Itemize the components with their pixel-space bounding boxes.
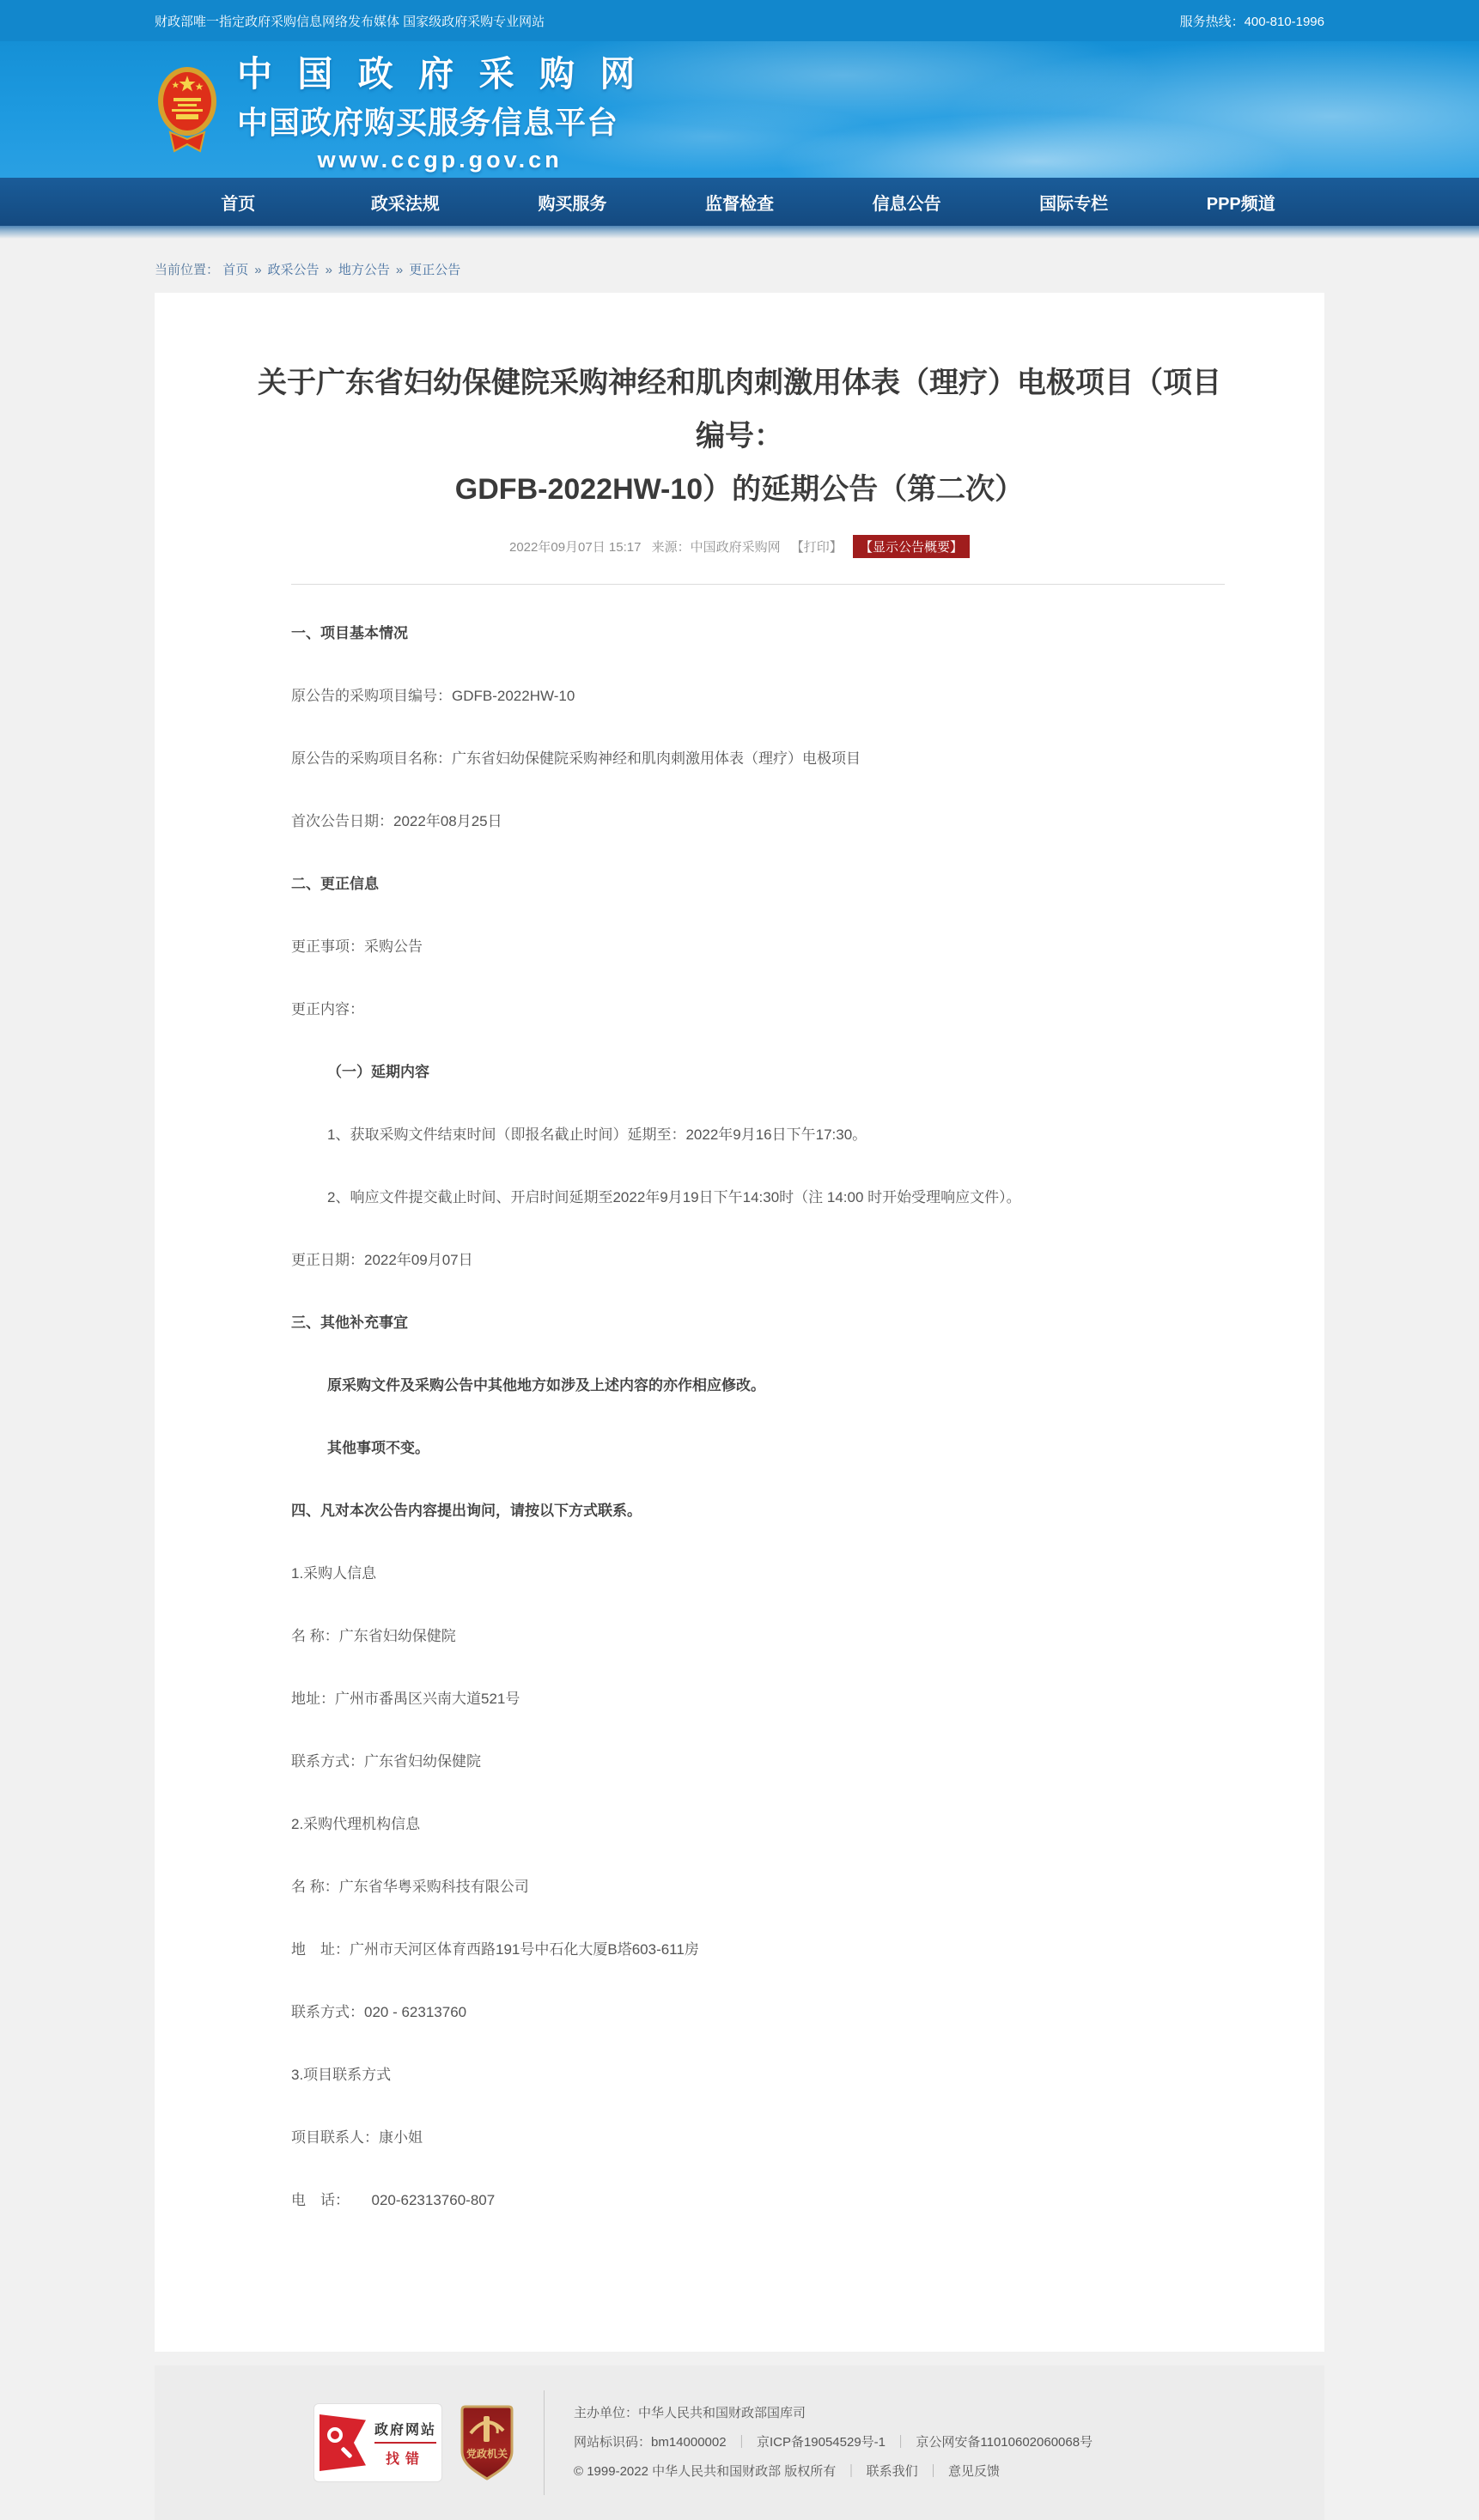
- site-title: 中 国 政 府 采 购 网: [237, 46, 642, 96]
- footer-separator: ｜: [735, 2435, 748, 2450]
- nav-shadow: [0, 226, 1479, 239]
- paragraph: 电 话： 020-62313760-807: [291, 2186, 1225, 2214]
- nav-item-announcements[interactable]: 信息公告: [823, 178, 990, 226]
- print-button[interactable]: 【打印】: [791, 540, 843, 555]
- paragraph: 原公告的采购项目名称：广东省妇幼保健院采购神经和肌肉刺激用体表（理疗）电极项目: [291, 744, 1225, 773]
- section-heading: 原采购文件及采购公告中其他地方如涉及上述内容的亦作相应修改。: [291, 1371, 1225, 1400]
- breadcrumb: 当前位置： 首页»政采公告»地方公告»更正公告: [155, 260, 1324, 278]
- section-heading: （一）延期内容: [291, 1058, 1225, 1086]
- paragraph: 联系方式：020 - 62313760: [291, 1998, 1225, 2026]
- footer-separator: ｜: [894, 2435, 907, 2450]
- footer-separator: ｜: [844, 2464, 857, 2479]
- nav-item-home[interactable]: 首页: [155, 178, 322, 226]
- paragraph: 更正内容：: [291, 995, 1225, 1023]
- paragraph: 名 称：广东省妇幼保健院: [291, 1622, 1225, 1650]
- show-summary-button[interactable]: 【显示公告概要】: [853, 535, 970, 558]
- breadcrumb-separator: »: [396, 263, 403, 277]
- nav-item-regulations[interactable]: 政采法规: [322, 178, 490, 226]
- breadcrumb-separator: »: [326, 263, 332, 277]
- section-heading: 二、更正信息: [291, 870, 1225, 898]
- breadcrumb-link-0[interactable]: 首页: [222, 263, 248, 277]
- footer-vertical-divider: [544, 2390, 545, 2495]
- section-heading: 四、凡对本次公告内容提出询问，请按以下方式联系。: [291, 1497, 1225, 1525]
- paragraph: 原公告的采购项目编号：GDFB-2022HW-10: [291, 682, 1225, 710]
- page-title: 关于广东省妇幼保健院采购神经和肌肉刺激用体表（理疗）电极项目（项目编号： GDF…: [155, 356, 1324, 516]
- police-number: 京公网安备11010602060068号: [916, 2435, 1093, 2450]
- national-emblem-icon: [155, 65, 220, 155]
- icp-number: 京ICP备19054529号-1: [757, 2435, 886, 2450]
- party-government-badge-icon[interactable]: 党政机关: [460, 2404, 514, 2481]
- paragraph: 3.项目联系方式: [291, 2061, 1225, 2089]
- breadcrumb-link-1[interactable]: 政采公告: [268, 263, 320, 277]
- paragraph: 更正事项：采购公告: [291, 932, 1225, 961]
- paragraph: 1.采购人信息: [291, 1559, 1225, 1588]
- nav-item-international[interactable]: 国际专栏: [990, 178, 1158, 226]
- footer-host-line: 主办单位：中华人民共和国财政部国库司: [574, 2399, 1093, 2428]
- section-heading: 三、其他补充事宜: [291, 1309, 1225, 1337]
- main-nav: 首页政采法规购买服务监督检查信息公告国际专栏PPP频道: [0, 178, 1479, 226]
- svg-text:党政机关: 党政机关: [466, 2447, 508, 2460]
- article-meta: 2022年09月07日 15:17 来源：中国政府采购网 【打印】 【显示公告概…: [155, 535, 1324, 558]
- footer-text: 主办单位：中华人民共和国财政部国库司 网站标识码：bm14000002 ｜ 京I…: [574, 2399, 1093, 2487]
- nav-item-supervision[interactable]: 监督检查: [656, 178, 824, 226]
- section-heading: 一、项目基本情况: [291, 619, 1225, 647]
- site-header: 中 国 政 府 采 购 网 中国政府购买服务信息平台 www.ccgp.gov.…: [0, 41, 1479, 178]
- breadcrumb-label: 当前位置：: [155, 263, 219, 277]
- breadcrumb-link-3[interactable]: 更正公告: [409, 263, 460, 277]
- section-heading: 其他事项不变。: [291, 1434, 1225, 1462]
- breadcrumb-link-2[interactable]: 地方公告: [338, 263, 390, 277]
- page-footer: 政府网站 找错 党政机关 主办单位：中华人民共和国财政部国库司 网站标识码：bm…: [155, 2365, 1324, 2520]
- footer-separator: ｜: [927, 2464, 940, 2479]
- paragraph: 1、获取采购文件结束时间（即报名截止时间）延期至：2022年9月16日下午17:…: [291, 1120, 1225, 1149]
- paragraph: 2.采购代理机构信息: [291, 1810, 1225, 1838]
- paragraph: 首次公告日期：2022年08月25日: [291, 807, 1225, 835]
- article-body: 一、项目基本情况原公告的采购项目编号：GDFB-2022HW-10原公告的采购项…: [291, 619, 1225, 2214]
- breadcrumb-separator: »: [254, 263, 261, 277]
- paragraph: 名 称：广东省华粤采购科技有限公司: [291, 1873, 1225, 1901]
- paragraph: 2、响应文件提交截止时间、开启时间延期至2022年9月19日下午14:30时（注…: [291, 1183, 1225, 1211]
- footer-code-line: 网站标识码：bm14000002 ｜ 京ICP备19054529号-1 ｜ 京公…: [574, 2428, 1093, 2457]
- service-hotline: 服务热线：400-810-1996: [1180, 12, 1324, 30]
- topbar: 财政部唯一指定政府采购信息网络发布媒体 国家级政府采购专业网站 服务热线：400…: [0, 0, 1479, 41]
- page-title-line1: 关于广东省妇幼保健院采购神经和肌肉刺激用体表（理疗）电极项目（项目编号：: [249, 356, 1230, 463]
- copyright-text: © 1999-2022 中华人民共和国财政部 版权所有: [574, 2464, 836, 2479]
- site-brand[interactable]: 中 国 政 府 采 购 网 中国政府购买服务信息平台 www.ccgp.gov.…: [155, 46, 642, 173]
- page-title-line2: GDFB-2022HW-10）的延期公告（第二次）: [249, 463, 1230, 516]
- paragraph: 地址：广州市番禺区兴南大道521号: [291, 1685, 1225, 1713]
- paragraph: 更正日期：2022年09月07日: [291, 1246, 1225, 1274]
- paragraph: 联系方式：广东省妇幼保健院: [291, 1747, 1225, 1776]
- nav-item-purchase-services[interactable]: 购买服务: [489, 178, 656, 226]
- footer-copyright-line: © 1999-2022 中华人民共和国财政部 版权所有 ｜ 联系我们 ｜ 意见反…: [574, 2457, 1093, 2487]
- error-logo-line2: 找错: [374, 2448, 436, 2468]
- topbar-slogan: 财政部唯一指定政府采购信息网络发布媒体 国家级政府采购专业网站: [155, 12, 545, 30]
- error-logo-line1: 政府网站: [374, 2419, 436, 2444]
- gov-site-error-report-logo[interactable]: 政府网站 找错: [313, 2403, 442, 2482]
- paragraph: 地 址：广州市天河区体育西路191号中石化大厦B塔603-611房: [291, 1935, 1225, 1964]
- publish-datetime: 2022年09月07日 15:17: [509, 540, 641, 555]
- footer-logos: 政府网站 找错 党政机关: [313, 2403, 514, 2482]
- article-card: 关于广东省妇幼保健院采购神经和肌肉刺激用体表（理疗）电极项目（项目编号： GDF…: [155, 293, 1324, 2352]
- site-code: 网站标识码：bm14000002: [574, 2435, 727, 2450]
- site-url: www.ccgp.gov.cn: [237, 147, 642, 173]
- contact-us-link[interactable]: 联系我们: [867, 2464, 918, 2479]
- feedback-link[interactable]: 意见反馈: [948, 2464, 1000, 2479]
- nav-item-ppp[interactable]: PPP频道: [1157, 178, 1324, 226]
- paragraph: 项目联系人：康小姐: [291, 2123, 1225, 2152]
- error-report-flag-magnifier-icon: [320, 2414, 366, 2471]
- title-divider: [291, 584, 1225, 585]
- site-subtitle: 中国政府购买服务信息平台: [237, 99, 642, 143]
- article-source: 来源：中国政府采购网: [652, 540, 781, 555]
